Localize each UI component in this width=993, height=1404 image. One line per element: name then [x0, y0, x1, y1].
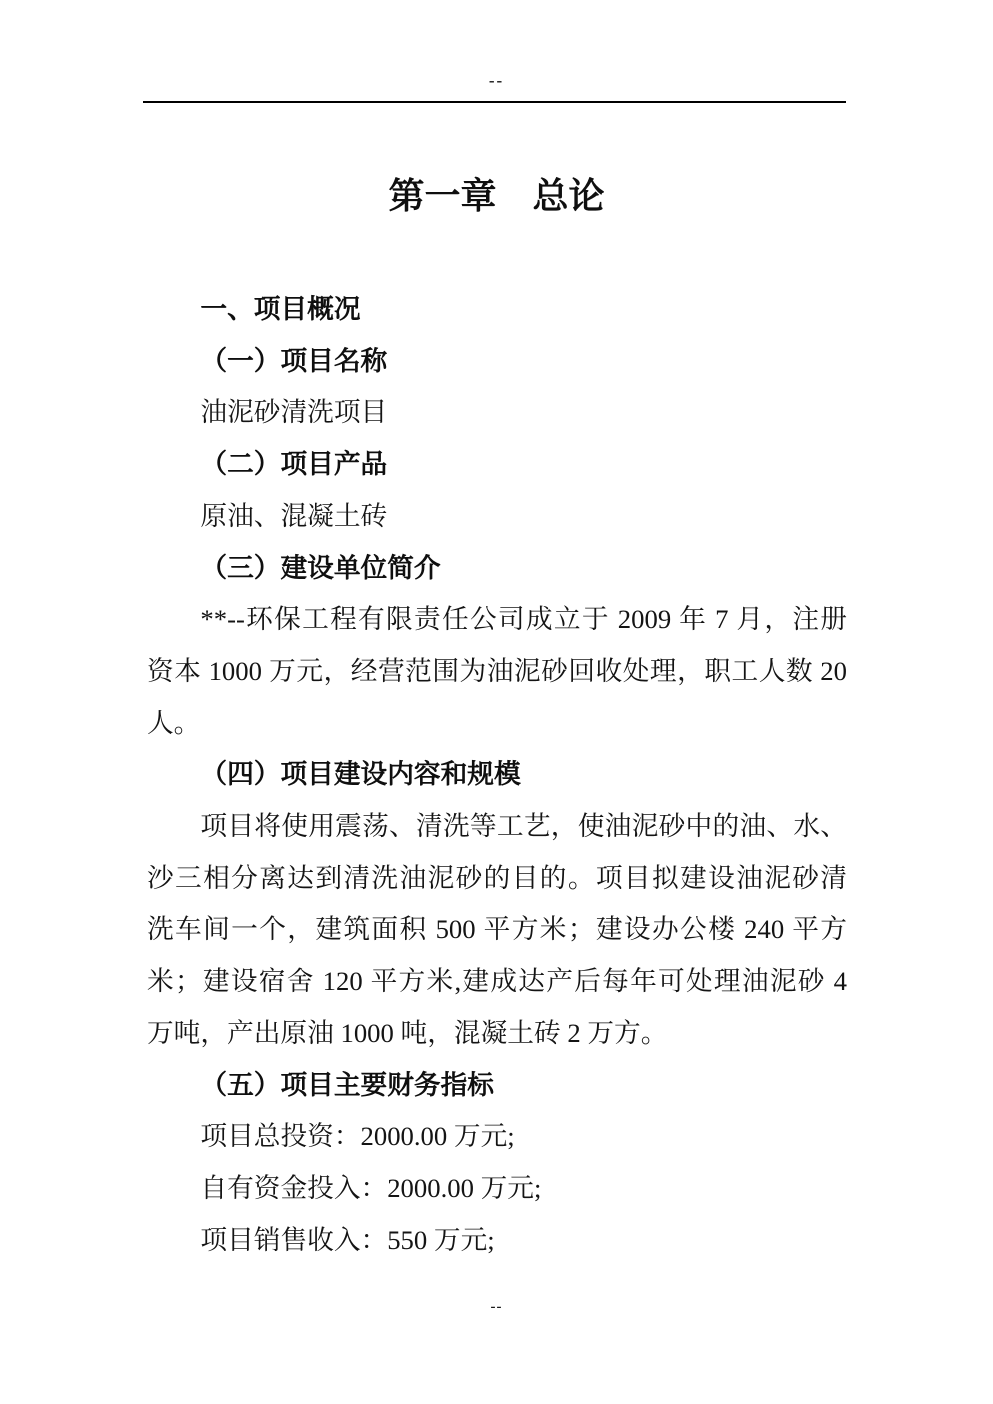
section-heading: （三）建设单位简介	[147, 543, 847, 595]
paragraph-line: 自有资金投入：2000.00 万元;	[147, 1163, 847, 1215]
paragraph-line: 项目将使用震荡、清洗等工艺，使油泥砂中的油、水、	[147, 801, 847, 853]
header-divider-line	[143, 101, 846, 103]
paragraph-line: 万吨，产出原油 1000 吨，混凝土砖 2 万方。	[147, 1008, 847, 1060]
document-body: 一、项目概况（一）项目名称油泥砂清洗项目（二）项目产品原油、混凝土砖（三）建设单…	[147, 284, 847, 1266]
paragraph-line: 油泥砂清洗项目	[147, 387, 847, 439]
document-page: -- 第一章 总论 一、项目概况（一）项目名称油泥砂清洗项目（二）项目产品原油、…	[0, 0, 993, 1404]
paragraph-line: 沙三相分离达到清洗油泥砂的目的。项目拟建设油泥砂清	[147, 853, 847, 905]
paragraph-line: 原油、混凝土砖	[147, 491, 847, 543]
paragraph-line: 项目总投资：2000.00 万元;	[147, 1111, 847, 1163]
page-footer: --	[0, 1299, 993, 1316]
section-heading: （四）项目建设内容和规模	[147, 749, 847, 801]
section-heading: （五）项目主要财务指标	[147, 1060, 847, 1112]
section-heading: 一、项目概况	[147, 284, 847, 336]
paragraph-line: 洗车间一个，建筑面积 500 平方米；建设办公楼 240 平方	[147, 904, 847, 956]
paragraph-line: **--环保工程有限责任公司成立于 2009 年 7 月，注册	[147, 594, 847, 646]
section-heading: （一）项目名称	[147, 336, 847, 388]
paragraph-line: 人。	[147, 698, 847, 750]
footer-page-number: --	[491, 1299, 503, 1315]
chapter-title: 第一章 总论	[0, 170, 993, 222]
page-header: --	[0, 71, 993, 91]
paragraph-line: 项目销售收入：550 万元;	[147, 1215, 847, 1267]
section-heading: （二）项目产品	[147, 439, 847, 491]
paragraph-line: 米；建设宿舍 120 平方米,建成达产后每年可处理油泥砂 4	[147, 956, 847, 1008]
paragraph-line: 资本 1000 万元，经营范围为油泥砂回收处理，职工人数 20	[147, 646, 847, 698]
header-page-number: --	[489, 71, 504, 90]
